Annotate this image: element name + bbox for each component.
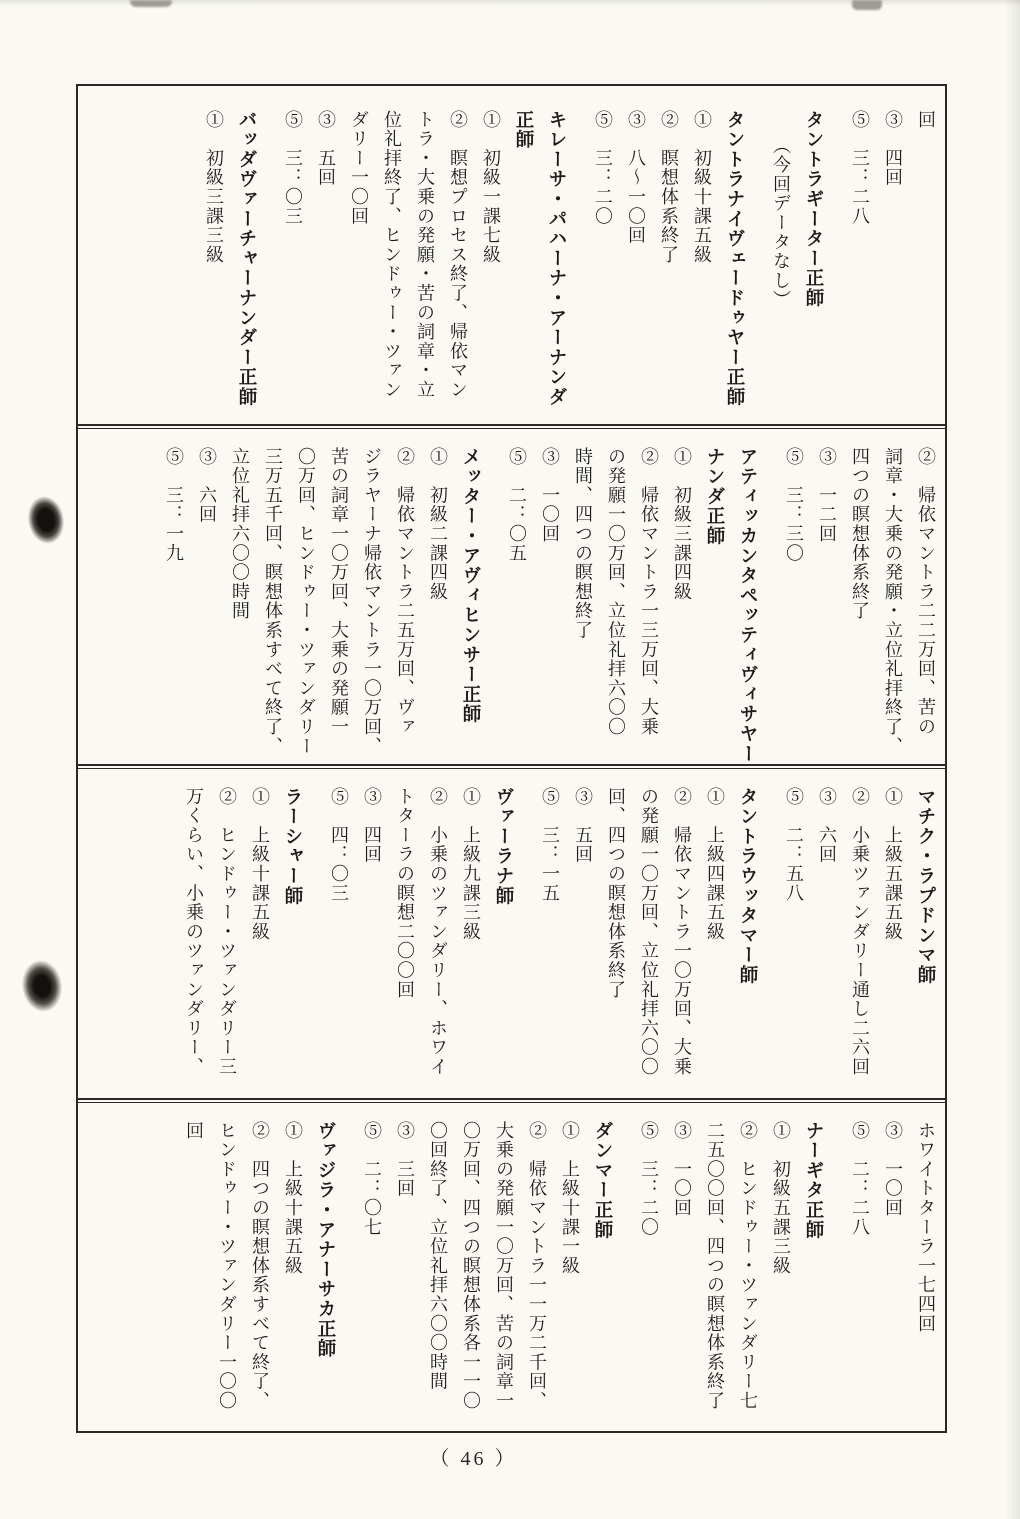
stat-continuation: トラ・大乗の発願・苦の詞章・立 [416,110,434,420]
page-number: （ 46 ） [0,1442,947,1471]
practice-stat: ② 帰依マントラ一一万二千回、 [528,1121,546,1427]
practice-stat: ③ 一〇回 [541,447,559,760]
data-table-frame: 回③ 四回⑤ 三：二八タントラギーター正師（今回データなし）タントラナイヴェード… [76,84,947,1433]
practice-stat: ② ヒンドゥー・ツァンダリー三 [218,787,236,1094]
master-name: ダンマー正師 [594,1121,612,1427]
practice-stat: ① 初級十課五級 [693,110,711,420]
practice-stat: ② 帰依マントラ一三万回、大乗 [640,447,658,760]
stat-continuation: 位礼拝終了、ヒンドゥー・ツァン [383,110,401,420]
practice-stat: ① 上級十課五級 [251,787,269,1094]
stat-continuation: 二五〇〇回、四つの瞑想体系終了 [706,1121,724,1427]
practice-stat: ③ 三回 [396,1121,414,1427]
practice-stat: ③ 八〜一〇回 [627,110,645,420]
stat-continuation: 〇回終了、立位礼拝六〇〇時間 [429,1121,447,1427]
master-name: ヴァジラ・アナーサカ正師 [317,1121,335,1427]
practice-stat: ② 小乗ツァンダリー通し二六回 [851,787,869,1094]
stat-continuation: の発願一〇万回、立位礼拝六〇〇 [607,447,625,760]
practice-stat: ① 上級九課三級 [462,787,480,1094]
stat-continuation: 万くらい、小乗のツァンダリー、 [185,787,203,1094]
no-data-note: （今回データなし） [772,110,790,420]
stat-continuation: 回、四つの瞑想体系終了 [607,787,625,1094]
stat-continuation: 立位礼拝六〇〇時間 [231,447,249,760]
table-band-1: 回③ 四回⑤ 三：二八タントラギーター正師（今回データなし）タントラナイヴェード… [78,86,945,424]
practice-stat: ③ 一二回 [818,447,836,760]
practice-stat: ③ 四回 [884,110,902,420]
practice-stat: ③ 六回 [818,787,836,1094]
scan-edge-shadow [1004,0,1020,1519]
master-name: ラーシャー師 [284,787,302,1094]
practice-stat: ② 瞑想プロセス終了、帰依マン [449,110,467,420]
practice-stat: ⑤ 二：〇七 [363,1121,381,1427]
table-band-4: ホワイトターラ一七四回③ 一〇回⑤ 二：二八ナーギタ正師① 初級五課三級② ヒン… [78,1103,945,1431]
practice-stat: ② 四つの瞑想体系すべて終了、 [251,1121,269,1427]
practice-stat: ③ 一〇回 [884,1121,902,1427]
practice-stat: ② 帰依マントラ二五万回、ヴァ [396,447,414,760]
master-name: タントラナイヴェードゥヤー正師 [726,110,744,420]
practice-stat: ⑤ 三：〇三 [284,110,302,420]
hole-punch-icon [24,493,68,547]
master-name: メッター・アヴィヒンサー正師 [462,447,480,760]
practice-stat: ② 瞑想体系終了 [660,110,678,420]
practice-stat: ⑤ 三：二八 [851,110,869,420]
master-name: キレーサ・パハーナ・アーナンダ [548,110,566,420]
stat-continuation: 回 [917,110,935,420]
practice-stat: ① 初級五課三級 [772,1121,790,1427]
stat-continuation: 四つの瞑想体系終了 [851,447,869,760]
practice-stat: ① 上級十課五級 [284,1121,302,1427]
master-name: ナンダ正師 [706,447,724,760]
master-name: タントラギーター正師 [805,110,823,420]
stat-continuation: 回 [185,1121,203,1427]
practice-stat: ② 小乗のツァンダリー、ホワイ [429,787,447,1094]
stat-continuation: 〇万回、ヒンドゥー・ツァンダリー [297,447,315,760]
practice-stat: ⑤ 三：二〇 [640,1121,658,1427]
master-name: バッダヴァーチャーナンダー正師 [238,110,256,420]
practice-stat: ⑤ 三：一九 [165,447,183,760]
table-band-2: ② 帰依マントラ二二万回、苦の詞章・大乗の発願・立位礼拝終了、四つの瞑想体系終了… [78,429,945,764]
stat-continuation: ホワイトターラ一七四回 [917,1121,935,1427]
practice-stat: ③ 六回 [198,447,216,760]
stat-continuation: の発願一〇万回、立位礼拝六〇〇 [640,787,658,1094]
practice-stat: ③ 一〇回 [673,1121,691,1427]
practice-stat: ③ 五回 [317,110,335,420]
stat-continuation: 時間、四つの瞑想終了 [574,447,592,760]
stat-continuation: 〇万回、四つの瞑想体系各一一〇 [462,1121,480,1427]
scan-artifact [852,0,882,10]
practice-stat: ⑤ 三：三〇 [785,447,803,760]
practice-stat: ② 帰依マントラ二二万回、苦の [917,447,935,760]
stat-continuation: トターラの瞑想二〇〇回 [396,787,414,1094]
practice-stat: ③ 五回 [574,787,592,1094]
scan-artifact [130,0,172,7]
master-name: 正師 [515,110,533,420]
practice-stat: ① 初級二課四級 [429,447,447,760]
practice-stat: ③ 四回 [363,787,381,1094]
scanned-page: 回③ 四回⑤ 三：二八タントラギーター正師（今回データなし）タントラナイヴェード… [0,0,1020,1519]
hole-punch-icon [19,957,66,1014]
practice-stat: ① 初級一課七級 [482,110,500,420]
stat-continuation: 大乗の発願一〇万回、苦の詞章一 [495,1121,513,1427]
practice-stat: ⑤ 二：〇五 [508,447,526,760]
practice-stat: ① 初級三課三級 [205,110,223,420]
stat-continuation: 三万五千回、瞑想体系すべて終了、 [264,447,282,760]
stat-continuation: 苦の詞章一〇万回、大乗の発願一 [330,447,348,760]
master-name: ヴァーラナ師 [495,787,513,1094]
practice-stat: ① 上級十課一級 [561,1121,579,1427]
practice-stat: ② ヒンドゥー・ツァンダリー七 [739,1121,757,1427]
practice-stat: ② 帰依マントラ一〇万回、大乗 [673,787,691,1094]
stat-continuation: ダリー一〇回 [350,110,368,420]
practice-stat: ⑤ 三：二〇 [594,110,612,420]
practice-stat: ⑤ 四：〇三 [330,787,348,1094]
practice-stat: ① 上級四課五級 [706,787,724,1094]
table-band-3: マチク・ラプドンマ師① 上級五課五級② 小乗ツァンダリー通し二六回③ 六回⑤ 二… [78,769,945,1098]
practice-stat: ① 上級五課五級 [884,787,902,1094]
practice-stat: ① 初級三課四級 [673,447,691,760]
stat-continuation: ヒンドゥー・ツァンダリー一〇〇 [218,1121,236,1427]
practice-stat: ⑤ 二：二八 [851,1121,869,1427]
stat-continuation: 詞章・大乗の発願・立位礼拝終了、 [884,447,902,760]
practice-stat: ⑤ 二：五八 [785,787,803,1094]
master-name: マチク・ラプドンマ師 [917,787,935,1094]
master-name: アティッカンタペッティヴィサヤー [739,447,757,760]
stat-continuation: ジラヤーナ帰依マントラ一〇万回、 [363,447,381,760]
practice-stat: ⑤ 三：一五 [541,787,559,1094]
master-name: タントラウッタマー師 [739,787,757,1094]
master-name: ナーギタ正師 [805,1121,823,1427]
